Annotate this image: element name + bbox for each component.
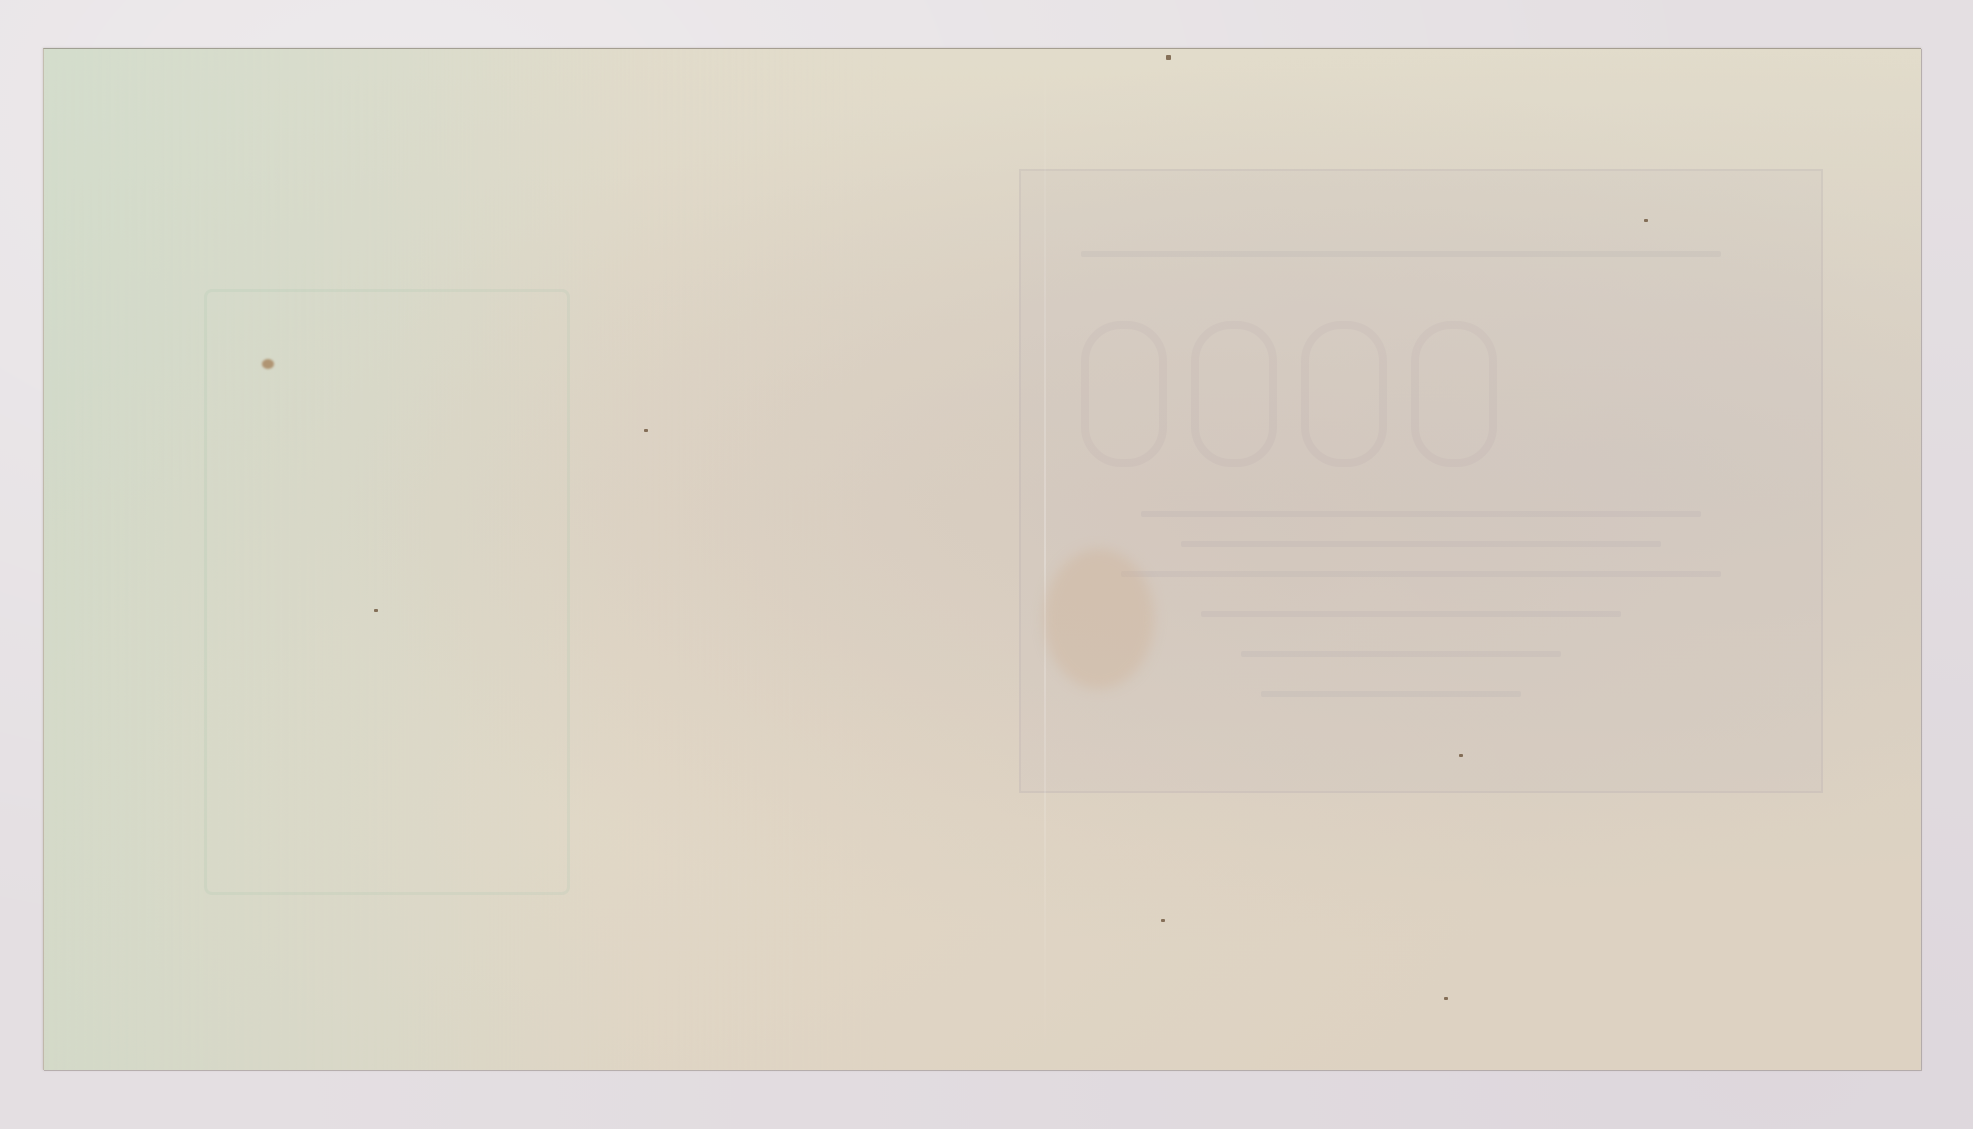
paper-speck [644,429,648,432]
bleed-text-line [1081,251,1721,257]
paper-speck [374,609,378,612]
obverse-bleed-through-panel [1019,169,1823,793]
bleed-numeral [1191,321,1277,467]
paper-speck [1459,754,1463,757]
bleed-numeral [1411,321,1497,467]
bleed-text-line [1261,691,1521,697]
green-underprint-bleed [204,289,570,895]
paper-speck [1161,919,1165,922]
bleed-text-line [1201,611,1621,617]
paper-speck [1644,219,1648,222]
banknote-reverse [43,48,1921,1070]
bleed-text-line [1181,541,1661,547]
bleed-text-line [1141,511,1701,517]
paper-speck [1166,55,1171,60]
central-foxing-stain [1044,549,1154,689]
bleed-text-line [1121,571,1721,577]
paper-crease [1044,49,1046,1070]
bleed-numeral [1081,321,1167,467]
bleed-text-line [1241,651,1561,657]
small-brown-spot [262,359,274,369]
bleed-numeral [1301,321,1387,467]
paper-speck [1444,997,1448,1000]
